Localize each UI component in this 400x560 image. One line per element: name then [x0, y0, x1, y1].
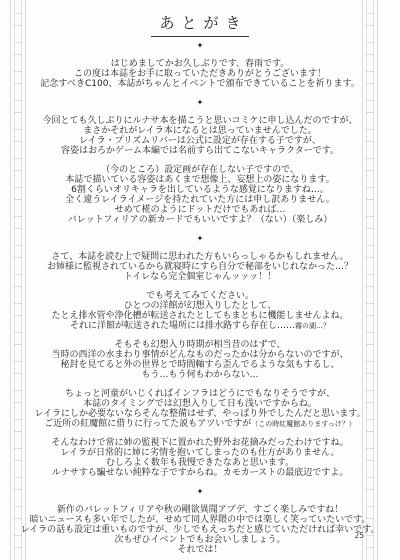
section-divider-icon: ✦: [0, 98, 400, 107]
text-line: ひとつの洋館が幻想入りしたとして、: [0, 301, 400, 311]
section-divider-icon: ✦: [0, 487, 400, 496]
text-line: 今回とても久しぶりにルナサ本を描こうと思いコミケに申し込んだのですが、: [0, 116, 400, 126]
text-line: 記念すべきC100、本誌がちゃんとイベントで頒布できていることを祈ります。: [0, 79, 400, 89]
title-wrap: あとがき: [0, 12, 400, 37]
text-line: 本誌で描いている容姿はあくまで想像上、妄想上の姿になります。: [0, 175, 400, 185]
text-line: 次もぜひイベントでもお会いしましょう。: [0, 535, 400, 545]
paragraph-greeting: はじめましてかお久しぶりです、春雨です。 この度は本誌をお手に取っていただきあり…: [0, 59, 400, 89]
text-line: むしろよく数年も我慢できたなあと思います。: [0, 458, 400, 468]
text-line: （今のところ）設定画が存在しない子ですので、: [0, 165, 400, 175]
paragraph-question: さて、本誌を読む上で疑問に思われた方もいらっしゃるかもしれません。 お姉様に監視…: [0, 252, 400, 282]
text-line: そんなわけで常に姉の監視下に置かれた野外お花摘みだったわけですね。: [0, 438, 400, 448]
text-line: せめて椛のようにドットだけでもあれば…: [0, 205, 400, 215]
text-line: はじめましてかお久しぶりです、春雨です。: [0, 59, 400, 69]
text-line: ルナサすら騙せない純粋な子ですからね。カモカーストの最底辺ですよ。: [0, 468, 400, 478]
text-line: さて、本誌を読む上で疑問に思われた方もいらっしゃるかもしれません。: [0, 252, 400, 262]
paragraph-layla-intro: 今回とても久しぶりにルナサ本を描こうと思いコミケに申し込んだのですが、 まさかそ…: [0, 116, 400, 156]
text-line: トイレなら完全個室じゃんッッッ！！: [0, 272, 400, 282]
text-line: レイラ・プリズムリバーは公式に設定が存在する子ですが、: [0, 136, 400, 146]
text-line: レイラの話も設定は重いものですが、少しでもえっちだと感じていただければ幸いです。: [0, 525, 400, 535]
page-number: 25: [354, 531, 364, 540]
text-line: たとえ排水管や浄化槽が転送されたとしてもまともに機能しませんよね。: [0, 311, 400, 321]
text-line: 6割くらいオリキャラを出しているような感覚になりますね…。: [0, 185, 400, 195]
paragraph-timeline: そもそも幻想入り時期が相当昔のはずで、 当時の西洋の水まわり事情がどんなものだっ…: [0, 340, 400, 380]
text-segment: それに洋館が転送された場所には排水路すら存在し……: [70, 321, 295, 331]
page-content: あとがき ✦ はじめましてかお久しぶりです、春雨です。 この度は本誌をお手に取っ…: [0, 0, 400, 555]
paragraph-design-notes: （今のところ）設定画が存在しない子ですので、 本誌で描いている容姿はあくまで想像…: [0, 165, 400, 225]
text-line: バレットフィリアの新カードでもいいですよ？（ない）（楽しみ）: [0, 215, 400, 225]
section-divider-icon: ✦: [0, 41, 400, 50]
text-line: レイラが日常的に姉に劣情を抱いてしまったのも仕方がありません。: [0, 448, 400, 458]
text-line: ちょっと河童がいじくればインフラはどうにでもなりそうですが、: [0, 389, 400, 399]
paragraph-conclusion: そんなわけで常に姉の監視下に置かれた野外お花摘みだったわけですね。 レイラが日常…: [0, 438, 400, 478]
text-line: もう…もう何もわからない…: [0, 370, 400, 380]
text-line: 新作のバレットフィリアや秋の剛欲異聞アプデ、すごく楽しみですね！: [0, 505, 400, 515]
text-line: そもそも幻想入り時期が相当昔のはずで、: [0, 340, 400, 350]
text-line: でも考えてみてください。: [0, 291, 400, 301]
text-line: 本誌のタイミングでは幻想入りして日も浅いですからね。: [0, 399, 400, 409]
text-line: それでは！: [0, 545, 400, 555]
text-line: お姉様に監視されているから就寝時にすら自分で秘部をいじれなかった…？: [0, 262, 400, 272]
text-line: レイラにしか必要ないならそんな整備はせず、やっぱり外でしたんだと思います。: [0, 409, 400, 419]
text-segment: ご近所の紅魔館に借りに行ってた説もアツいですが: [44, 419, 251, 429]
text-line: 当時の西洋の水まわり事情がどんなものだったかは分からないのですが、: [0, 350, 400, 360]
page-title: あとがき: [151, 12, 248, 37]
text-line: ご近所の紅魔館に借りに行ってた説もアツいですが（この時紅魔館ありますっけ？）: [0, 419, 400, 429]
text-segment-small: 霧の湖…？: [295, 322, 330, 330]
paragraph-plumbing: でも考えてみてください。 ひとつの洋館が幻想入りしたとして、 たとえ排水管や浄化…: [0, 291, 400, 331]
text-line: それに洋館が転送された場所には排水路すら存在し……霧の湖…？: [0, 321, 400, 331]
afterword-page: あとがき ✦ はじめましてかお久しぶりです、春雨です。 この度は本誌をお手に取っ…: [0, 0, 400, 560]
text-line: 全く違うレイライメージを持たれていた方には申し訳ありません。: [0, 195, 400, 205]
paragraph-closing: 新作のバレットフィリアや秋の剛欲異聞アプデ、すごく楽しみですね！ 暗いニュースも…: [0, 505, 400, 555]
paragraph-kappa: ちょっと河童がいじくればインフラはどうにでもなりそうですが、 本誌のタイミングで…: [0, 389, 400, 429]
text-segment-small: （この時紅魔館ありますっけ？）: [251, 420, 356, 428]
text-line: まさかそれがレイラ本になるとは思っていませんでした。: [0, 126, 400, 136]
text-line: 秘封を見てると外の世界とで時間軸すら歪んでるような気もするし、: [0, 360, 400, 370]
text-line: 容姿はおろかゲーム本編では名前すら出てこないキャラクターです。: [0, 146, 400, 156]
section-divider-icon: ✦: [0, 234, 400, 243]
text-line: この度は本誌をお手に取っていただきありがとうございます！: [0, 69, 400, 79]
text-line: 暗いニュースも多い年でしたが、せめて同人界隈の中では楽しく笑っていたいです。: [0, 515, 400, 525]
